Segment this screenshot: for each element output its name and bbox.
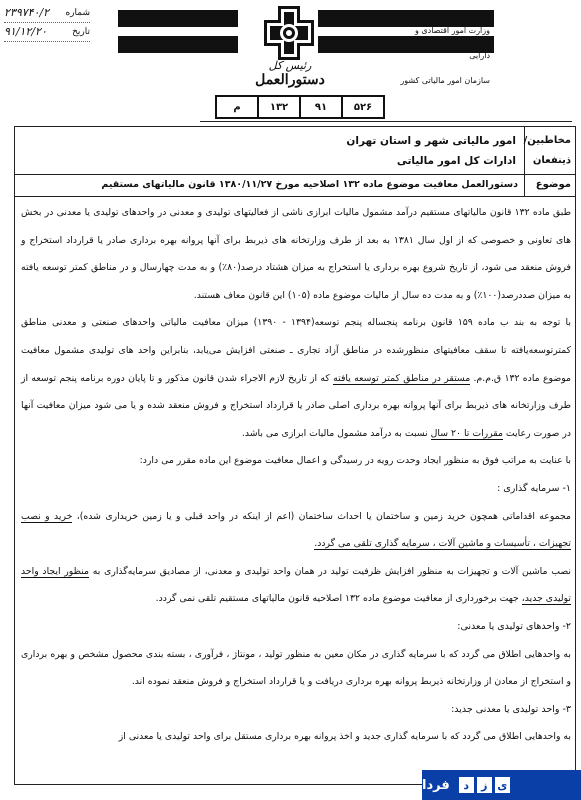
letter-meta: شماره ۲۳۹۷۴۰/۲ تاریخ ۹۱/۱۲/۲۰ — [4, 4, 90, 42]
addressees-content: امور مالیاتی شهر و استان تهران ادارات کل… — [15, 127, 524, 174]
addressees-label: مخاطبین/ ذینفعان — [524, 127, 575, 174]
tax-organization-emblem-icon — [264, 6, 314, 60]
letter-number-label: شماره — [65, 4, 90, 22]
fardanews-watermark-logo: ی ز د فردا — [422, 770, 581, 800]
paragraph: طبق ماده ۱۳۲ قانون مالیاتهای مستقیم درآم… — [21, 199, 571, 309]
section-heading: ۳- واحد تولیدی یا معدنی جدید: — [21, 696, 571, 724]
document-frame: مخاطبین/ ذینفعان امور مالیاتی شهر و استا… — [14, 126, 576, 785]
subject-text: دستورالعمل معافیت موضوع ماده ۱۳۲ اصلاحیه… — [15, 174, 524, 196]
code-cell: ۹۱ — [299, 97, 341, 117]
organization-name: سازمان امور مالیاتی کشور — [400, 68, 490, 93]
addressee-2: ادارات کل امور مالیاتی — [15, 151, 516, 171]
paragraph: با توجه به بند ب ماده ۱۵۹ قانون برنامه پ… — [21, 309, 571, 447]
subject-label: موضوع — [524, 174, 575, 196]
paragraph: مجموعه اقداماتی همچون خرید زمین و ساختما… — [21, 503, 571, 558]
underlined-text: مقررات تا ۲۰ سال — [431, 428, 503, 440]
code-cell: ۵۲۶ — [341, 97, 383, 117]
document-title: رئیس کل دستورالعمل — [230, 60, 350, 88]
logo-word: فردا — [422, 778, 450, 793]
addressee-1: امور مالیاتی شهر و استان تهران — [15, 131, 516, 151]
underlined-text: مستقر در مناطق کمتر توسعه یافته — [333, 373, 470, 385]
paragraph: به واحدهایی اطلاق می گردد که با سرمایه گ… — [21, 641, 571, 696]
ministry-names: وزارت امور اقتصادی و دارایی سازمان امور … — [400, 18, 490, 93]
letter-number-row: شماره ۲۳۹۷۴۰/۲ — [4, 4, 90, 23]
logo-letter: ز — [477, 777, 492, 793]
code-cell: م — [217, 97, 257, 117]
directive-code-table: ۵۲۶ ۹۱ ۱۳۲ م — [215, 95, 385, 119]
letter-date-label: تاریخ — [72, 23, 90, 41]
paragraph: با عنایت به مراتب فوق به منظور ایجاد وحد… — [21, 447, 571, 475]
document-type: دستورالعمل — [230, 72, 350, 88]
letterhead-banner: وزارت امور اقتصادی و دارایی سازمان امور … — [118, 6, 494, 61]
code-cell: ۱۳۲ — [257, 97, 299, 117]
logo-letter: ی — [495, 777, 510, 793]
letterhead-bar — [118, 36, 238, 53]
ministry-name: وزارت امور اقتصادی و دارایی — [400, 18, 490, 68]
subject-row: موضوع دستورالعمل معافیت موضوع ماده ۱۳۲ ا… — [15, 174, 575, 197]
section-heading: ۲- واحدهای تولیدی یا معدنی: — [21, 613, 571, 641]
addressees-row: مخاطبین/ ذینفعان امور مالیاتی شهر و استا… — [15, 127, 575, 175]
section-heading: ۱- سرمایه گذاری : — [21, 475, 571, 503]
paragraph: نصب ماشین آلات و تجهیزات به منظور افزایش… — [21, 558, 571, 613]
document-body: طبق ماده ۱۳۲ قانون مالیاتهای مستقیم درآم… — [21, 199, 571, 751]
letter-date-value: ۹۱/۱۲/۲۰ — [4, 23, 47, 41]
scanned-document: شماره ۲۳۹۷۴۰/۲ تاریخ ۹۱/۱۲/۲۰ وزارت امور… — [0, 0, 581, 800]
letter-date-row: تاریخ ۹۱/۱۲/۲۰ — [4, 23, 90, 42]
logo-letter: د — [459, 777, 474, 793]
header-divider — [200, 121, 572, 122]
letter-number-value: ۲۳۹۷۴۰/۲ — [4, 4, 49, 22]
paragraph: به واحدهایی اطلاق می گردد که با سرمایه گ… — [21, 723, 571, 751]
signatory-title: رئیس کل — [230, 60, 350, 72]
letterhead-bar — [118, 10, 238, 27]
